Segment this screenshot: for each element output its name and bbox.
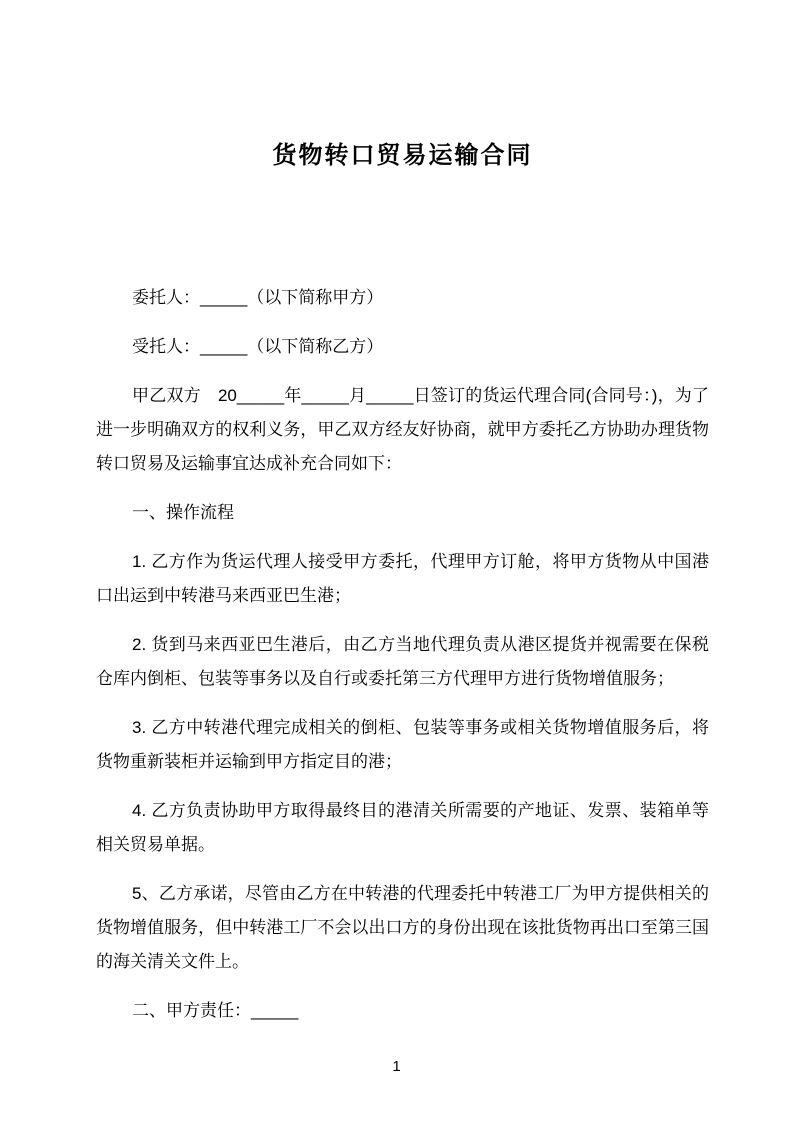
document-content: 货物转口贸易运输合同 委托人：_____（以下简称甲方） 受托人：_____（以… [0,0,793,1028]
clause-4: 4. 乙方负责协助甲方取得最终目的港清关所需要的产地证、发票、装箱单等相关贸易单… [96,794,709,862]
preamble-paragraph: 甲乙双方 20_____年_____月_____日签订的货运代理合同(合同号：)… [96,379,709,481]
page-number: 1 [0,1058,793,1076]
clause-3: 3. 乙方中转港代理完成相关的倒柜、包装等事务或相关货物增值服务后，将货物重新装… [96,711,709,779]
document-title: 货物转口贸易运输合同 [96,0,709,171]
clause-5: 5、乙方承诺，尽管由乙方在中转港的代理委托中转港工厂为甲方提供相关的货物增值服务… [96,877,709,979]
clause-1: 1. 乙方作为货运代理人接受甲方委托，代理甲方订舱，将甲方货物从中国港口出运到中… [96,545,709,613]
document-page: 货物转口贸易运输合同 委托人：_____（以下简称甲方） 受托人：_____（以… [0,0,793,1122]
section-1-heading: 一、操作流程 [96,496,709,530]
party-a-line: 委托人：_____（以下简称甲方） [96,281,709,315]
party-b-line: 受托人：_____（以下简称乙方） [96,330,709,364]
section-2-heading: 二、甲方责任：_____ [96,994,709,1028]
clause-2: 2. 货到马来西亚巴生港后，由乙方当地代理负责从港区提货并视需要在保税仓库内倒柜… [96,628,709,696]
